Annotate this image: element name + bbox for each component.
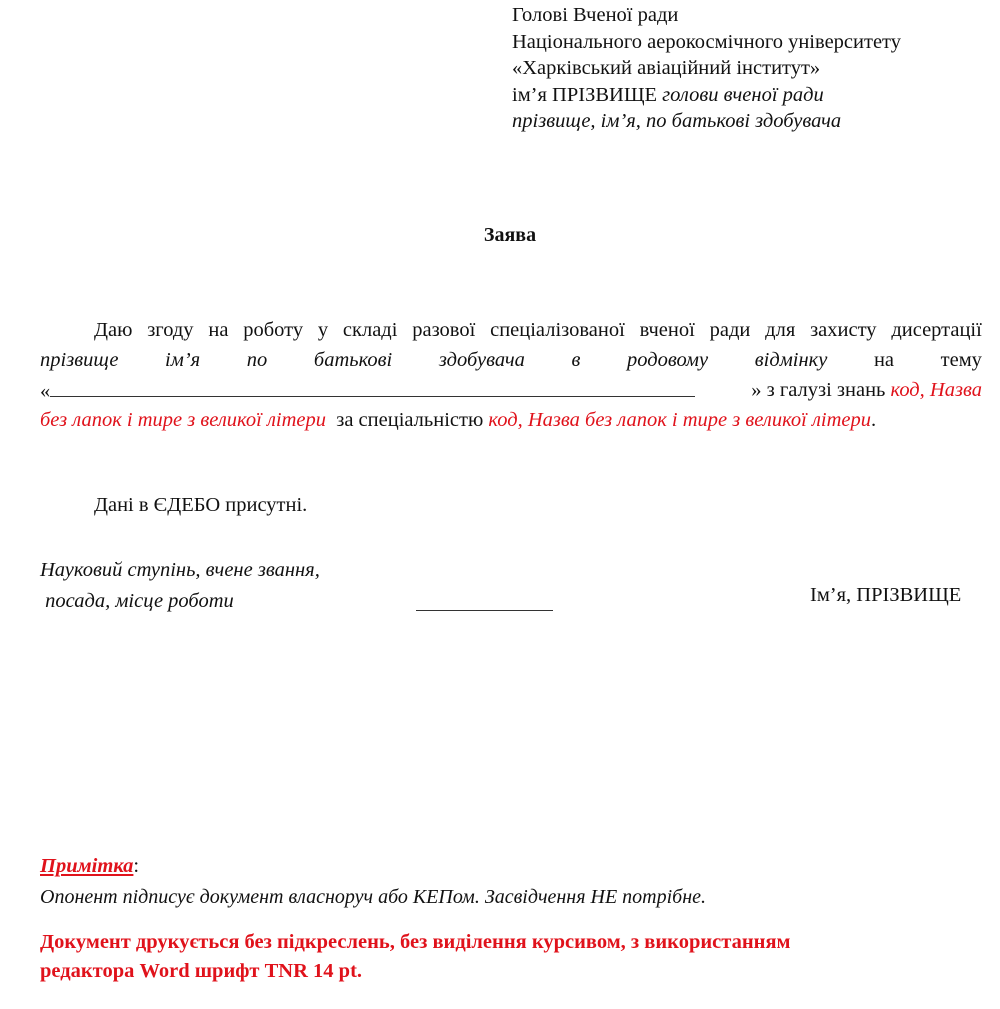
- statement-line-3: « » з галузі знань код, Назва: [40, 376, 982, 407]
- chair-name-hint: голови вченої ради: [662, 84, 824, 106]
- applicant-hint-word: в: [571, 346, 580, 376]
- word: роботу: [243, 316, 303, 346]
- applicant-hint-word: батькові: [314, 346, 392, 376]
- statement-line-1: Даюзгодунароботуускладіразовоїспеціалізо…: [40, 316, 982, 346]
- word: на: [208, 316, 228, 346]
- rank-block: Науковий ступінь, вчене звання, посада, …: [40, 555, 320, 617]
- applicant-hint-word: ім’я: [165, 346, 200, 376]
- word: разової: [412, 316, 475, 346]
- word: для: [765, 316, 795, 346]
- addressee-line: Національного аерокосмічного університет…: [512, 29, 901, 56]
- warning-line: редактора Word шрифт TNR 14 pt.: [40, 957, 791, 986]
- formatting-warning: Документ друкується без підкреслень, без…: [40, 928, 791, 986]
- note-label: Примітка: [40, 855, 133, 877]
- applicant-hint-word: відмінку: [755, 346, 828, 376]
- speciality-label: за спеціальністю: [326, 406, 488, 436]
- signature-line[interactable]: [416, 610, 553, 611]
- field-code-hint-cont: без лапок і тире з великої літери: [40, 406, 326, 436]
- statement-line-4: без лапок і тире з великої літери за спе…: [40, 406, 982, 436]
- speciality-code-hint: код, Назва без лапок і тире з великої лі…: [488, 406, 871, 436]
- word: тему: [941, 346, 982, 376]
- applicant-hint-word: родовому: [627, 346, 708, 376]
- note-text: Опонент підписує документ власноруч або …: [40, 886, 706, 909]
- applicant-name-hint: прізвище, ім’я, по батькові здобувача: [512, 108, 901, 135]
- topic-blank[interactable]: [50, 376, 695, 397]
- field-code-hint: код, Назва: [891, 379, 982, 401]
- word: складі: [343, 316, 398, 346]
- word: у: [318, 316, 328, 346]
- position-line: посада, місце роботи: [40, 586, 320, 617]
- word: Даю: [94, 316, 132, 346]
- word: спеціалізованої: [490, 316, 625, 346]
- rank-line: Науковий ступінь, вчене звання,: [40, 555, 320, 586]
- addressee-line: ім’я ПРІЗВИЩЕ голови вченої ради: [512, 82, 901, 109]
- warning-line: Документ друкується без підкреслень, без…: [40, 928, 791, 957]
- chair-name: ім’я ПРІЗВИЩЕ: [512, 84, 662, 106]
- word: згоду: [147, 316, 193, 346]
- word: вченої: [640, 316, 695, 346]
- addressee-line: Голові Вченої ради: [512, 2, 901, 29]
- applicant-hint-word: прізвище: [40, 346, 118, 376]
- edebo-statement: Дані в ЄДЕБО присутні.: [94, 494, 307, 517]
- word: на: [874, 346, 894, 376]
- note-heading: Примітка:: [40, 855, 139, 878]
- statement-paragraph: Даюзгодунароботуускладіразовоїспеціалізо…: [40, 316, 982, 436]
- word: дисертації: [891, 316, 982, 346]
- word: захисту: [810, 316, 876, 346]
- topic-field[interactable]: «: [40, 376, 695, 407]
- applicant-hint-word: по: [247, 346, 268, 376]
- word: ради: [710, 316, 751, 346]
- signer-name: Ім’я, ПРІЗВИЩЕ: [810, 584, 961, 607]
- statement-line-2: прізвищеім’япобатьковіздобувачавродовому…: [40, 346, 982, 376]
- document-title: Заява: [0, 224, 1000, 247]
- field-of-knowledge: » з галузі знань код, Назва: [751, 376, 982, 407]
- applicant-hint-word: здобувача: [439, 346, 525, 376]
- addressee-line: «Харківський авіаційний інститут»: [512, 55, 901, 82]
- addressee-block: Голові Вченої ради Національного аерокос…: [512, 2, 901, 135]
